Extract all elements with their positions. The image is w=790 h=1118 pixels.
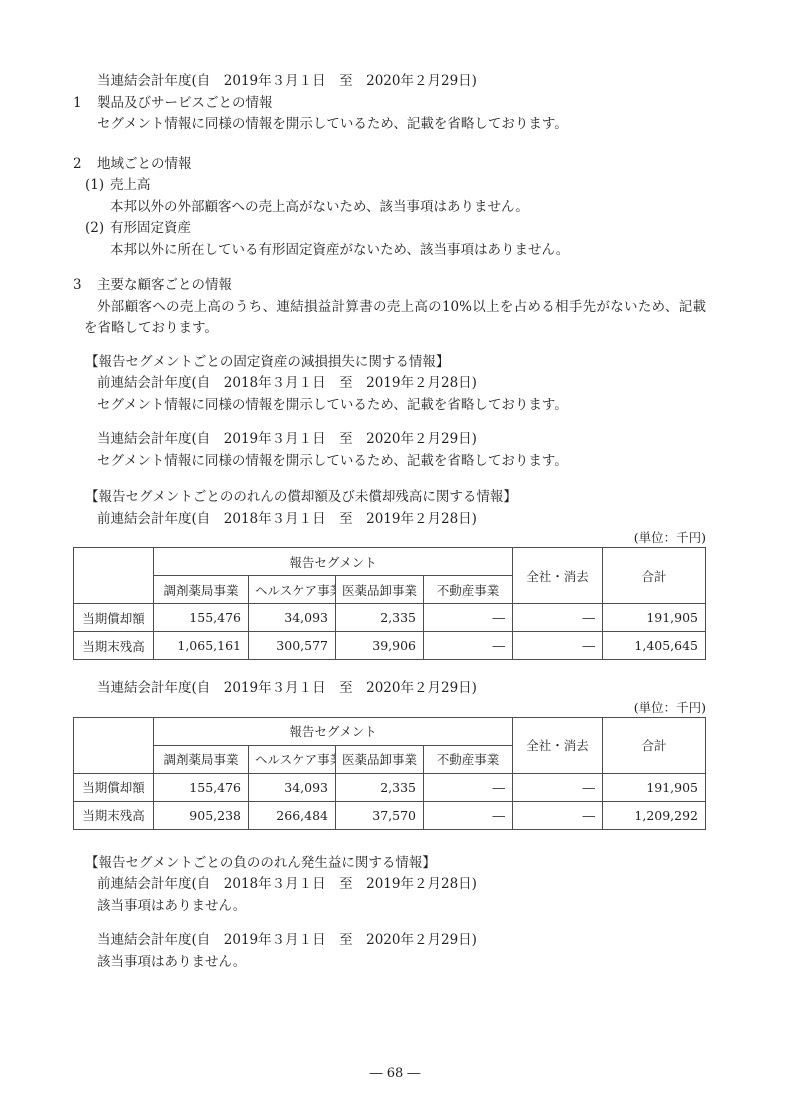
page-number: ― 68 ― xyxy=(0,1066,790,1081)
row-label-cell: 当期償却額 xyxy=(74,604,154,632)
value-cell: 1,209,292 xyxy=(603,801,706,829)
value-cell: 1,065,161 xyxy=(154,632,249,660)
segment-group-header: 報告セグメント xyxy=(154,548,513,576)
value-cell: 39,906 xyxy=(336,632,424,660)
section-1-heading: 1製品及びサービスごとの情報 xyxy=(73,93,790,115)
total-header: 合計 xyxy=(603,548,706,604)
segment-header: 調剤薬局事業 xyxy=(154,745,249,773)
section-title: 製品及びサービスごとの情報 xyxy=(97,95,273,111)
table-row: 当期末残高 905,238 266,484 37,570 ― ― 1,209,2… xyxy=(74,801,706,829)
value-cell: ― xyxy=(424,801,513,829)
spacer xyxy=(0,261,790,275)
row-label-cell: 当期末残高 xyxy=(74,801,154,829)
total-header: 合計 xyxy=(603,717,706,773)
unit-label: (単位：千円) xyxy=(73,701,706,715)
impairment-prev-body: セグメント情報に同様の情報を開示しているため、記載を省略しております。 xyxy=(97,395,790,417)
spacer xyxy=(0,660,790,678)
segment-header: ヘルスケア事業 xyxy=(249,745,336,773)
period-line: 当連結会計年度(自 2019年３月１日 至 2020年２月29日) xyxy=(97,429,790,451)
subsection-2-2-body: 本邦以外に所在している有形固定資産がないため、該当事項はありません。 xyxy=(110,240,790,262)
negative-goodwill-curr-body: 該当事項はありません。 xyxy=(97,952,790,974)
subsection-title: 有形固定資産 xyxy=(110,220,191,236)
segment-header: ヘルスケア事業 xyxy=(249,576,336,604)
segment-header: 不動産事業 xyxy=(424,576,513,604)
value-cell: ― xyxy=(424,604,513,632)
period-line: 前連結会計年度(自 2018年３月１日 至 2019年２月28日) xyxy=(97,373,790,395)
value-cell: 1,405,645 xyxy=(603,632,706,660)
period-line: 当連結会計年度(自 2019年３月１日 至 2020年２月29日) xyxy=(97,71,790,93)
value-cell: 905,238 xyxy=(154,801,249,829)
value-cell: 191,905 xyxy=(603,773,706,801)
value-cell: 37,570 xyxy=(336,801,424,829)
segment-header: 医薬品卸事業 xyxy=(336,745,424,773)
subsection-number: (1) xyxy=(85,175,110,197)
spacer xyxy=(0,340,790,352)
goodwill-heading: 【報告セグメントごとののれんの償却額及び未償却残高に関する情報】 xyxy=(85,487,790,509)
table-row: 当期償却額 155,476 34,093 2,335 ― ― 191,905 xyxy=(74,773,706,801)
subsection-number: (2) xyxy=(85,218,110,240)
period-line: 当連結会計年度(自 2019年３月１日 至 2020年２月29日) xyxy=(97,678,790,700)
subsection-title: 売上高 xyxy=(110,177,151,193)
value-cell: 266,484 xyxy=(249,801,336,829)
section-1-body: セグメント情報に同様の情報を開示しているため、記載を省略しております。 xyxy=(97,114,790,136)
value-cell: ― xyxy=(513,801,603,829)
value-cell: ― xyxy=(513,632,603,660)
section-title: 主要な顧客ごとの情報 xyxy=(97,277,232,293)
negative-goodwill-prev-body: 該当事項はありません。 xyxy=(97,896,790,918)
goodwill-table-curr: 報告セグメント 全社・消去 合計 調剤薬局事業 ヘルスケア事業 医薬品卸事業 不… xyxy=(73,717,706,830)
section-title: 地域ごとの情報 xyxy=(97,156,192,172)
section-2-heading: 2地域ごとの情報 xyxy=(73,154,790,176)
impairment-curr-body: セグメント情報に同様の情報を開示しているため、記載を省略しております。 xyxy=(97,451,790,473)
value-cell: 191,905 xyxy=(603,604,706,632)
spacer xyxy=(0,136,790,154)
row-label-cell: 当期償却額 xyxy=(74,773,154,801)
section-3-body: 外部顧客への売上高のうち、連結損益計算書の売上高の10%以上を占める相手先がない… xyxy=(84,297,706,340)
blank-header-cell xyxy=(74,548,154,604)
impairment-heading: 【報告セグメントごとの固定資産の減損損失に関する情報】 xyxy=(85,352,790,374)
subsection-2-2-heading: (2)有形固定資産 xyxy=(85,218,790,240)
period-line: 前連結会計年度(自 2018年３月１日 至 2019年２月28日) xyxy=(97,874,790,896)
value-cell: 300,577 xyxy=(249,632,336,660)
value-cell: 34,093 xyxy=(249,773,336,801)
corporate-header: 全社・消去 xyxy=(513,548,603,604)
spacer xyxy=(0,472,790,487)
value-cell: ― xyxy=(424,773,513,801)
section-number: 3 xyxy=(73,275,97,297)
negative-goodwill-heading: 【報告セグメントごとの負ののれん発生益に関する情報】 xyxy=(85,853,790,875)
segment-header: 不動産事業 xyxy=(424,745,513,773)
subsection-2-1-body: 本邦以外の外部顧客への売上高がないため、該当事項はありません。 xyxy=(110,197,790,219)
table-row: 当期償却額 155,476 34,093 2,335 ― ― 191,905 xyxy=(74,604,706,632)
value-cell: ― xyxy=(513,604,603,632)
value-cell: 155,476 xyxy=(154,773,249,801)
table-header-row: 報告セグメント 全社・消去 合計 xyxy=(74,717,706,745)
value-cell: 34,093 xyxy=(249,604,336,632)
subsection-2-1-heading: (1)売上高 xyxy=(85,175,790,197)
section-number: 1 xyxy=(73,93,97,115)
segment-header: 医薬品卸事業 xyxy=(336,576,424,604)
table-header-row: 報告セグメント 全社・消去 合計 xyxy=(74,548,706,576)
goodwill-table-prev: 報告セグメント 全社・消去 合計 調剤薬局事業 ヘルスケア事業 医薬品卸事業 不… xyxy=(73,547,706,660)
value-cell: 2,335 xyxy=(336,773,424,801)
spacer xyxy=(0,830,790,853)
section-3-heading: 3主要な顧客ごとの情報 xyxy=(73,275,790,297)
spacer xyxy=(0,917,790,930)
value-cell: ― xyxy=(513,773,603,801)
period-line: 当連結会計年度(自 2019年３月１日 至 2020年２月29日) xyxy=(97,930,790,952)
blank-header-cell xyxy=(74,717,154,773)
row-label-cell: 当期末残高 xyxy=(74,632,154,660)
spacer xyxy=(0,416,790,429)
segment-header: 調剤薬局事業 xyxy=(154,576,249,604)
section-number: 2 xyxy=(73,154,97,176)
document-page: 当連結会計年度(自 2019年３月１日 至 2020年２月29日) 1製品及びサ… xyxy=(0,0,790,1118)
value-cell: 2,335 xyxy=(336,604,424,632)
table-row: 当期末残高 1,065,161 300,577 39,906 ― ― 1,405… xyxy=(74,632,706,660)
segment-group-header: 報告セグメント xyxy=(154,717,513,745)
value-cell: ― xyxy=(424,632,513,660)
period-line: 前連結会計年度(自 2018年３月１日 至 2019年２月28日) xyxy=(97,509,790,531)
corporate-header: 全社・消去 xyxy=(513,717,603,773)
value-cell: 155,476 xyxy=(154,604,249,632)
unit-label: (単位：千円) xyxy=(73,531,706,545)
